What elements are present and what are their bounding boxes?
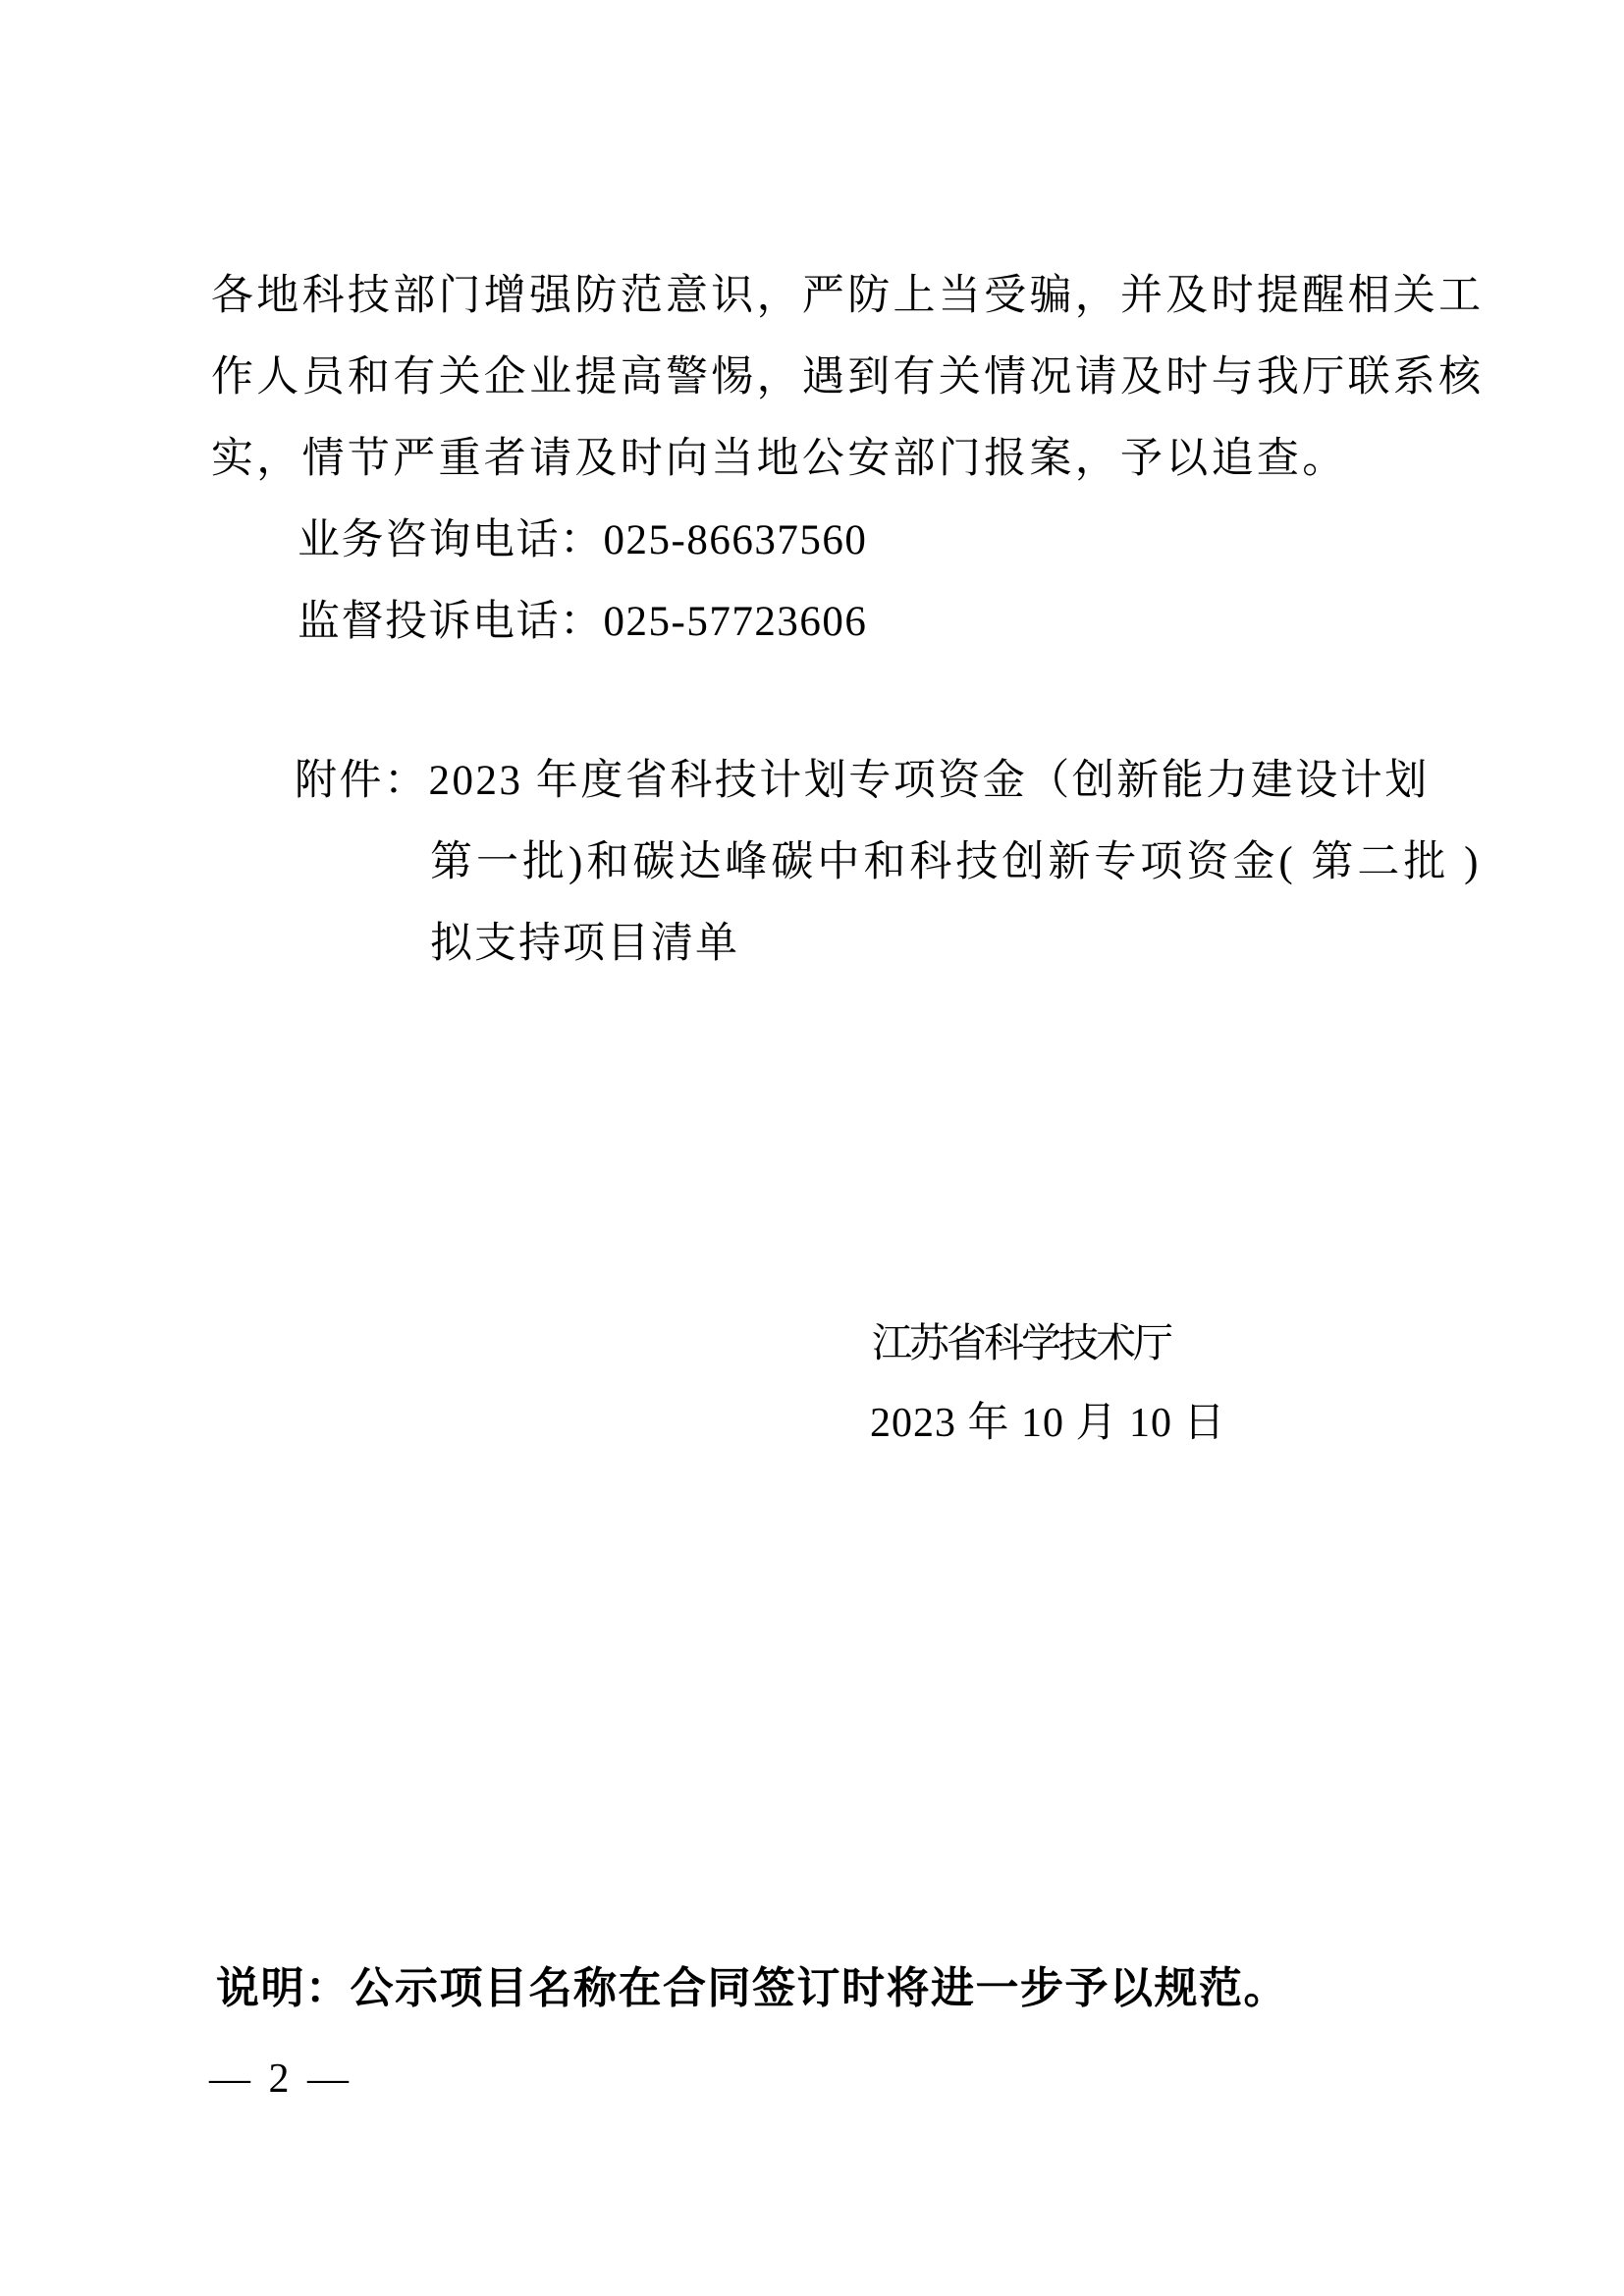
business-phone-line: 业务咨询电话：025-86637560 (298, 518, 867, 563)
attachment-line-1: 附件：2023 年度省科技计划专项资金（创新能力建设计划 (295, 759, 1430, 804)
paragraph-line-2: 作人员和有关企业提高警惕，遇到有关情况请及时与我厅联系核 (211, 355, 1484, 400)
paragraph-line-1: 各地科技部门增强防范意识，严防上当受骗，并及时提醒相关工 (211, 274, 1484, 319)
attachment-line-3: 拟支持项目清单 (430, 922, 739, 967)
signature-organization: 江苏省科学技术厅 (872, 1321, 1170, 1364)
attachment-line-2: 第一批)和碳达峰碳中和科技创新专项资金( 第二批 ) (430, 840, 1482, 885)
complaint-phone-line: 监督投诉电话：025-57723606 (298, 600, 867, 645)
signature-date: 2023 年 10 月 10 日 (870, 1402, 1226, 1446)
document-page: 各地科技部门增强防范意识，严防上当受骗，并及时提醒相关工 作人员和有关企业提高警… (0, 0, 1624, 2296)
paragraph-line-3: 实，情节严重者请及时向当地公安部门报案，予以追查。 (211, 437, 1348, 482)
note-line: 说明：公示项目名称在合同签订时将进一步予以规范。 (216, 1965, 1288, 2012)
page-number: — 2 — (209, 2057, 352, 2102)
